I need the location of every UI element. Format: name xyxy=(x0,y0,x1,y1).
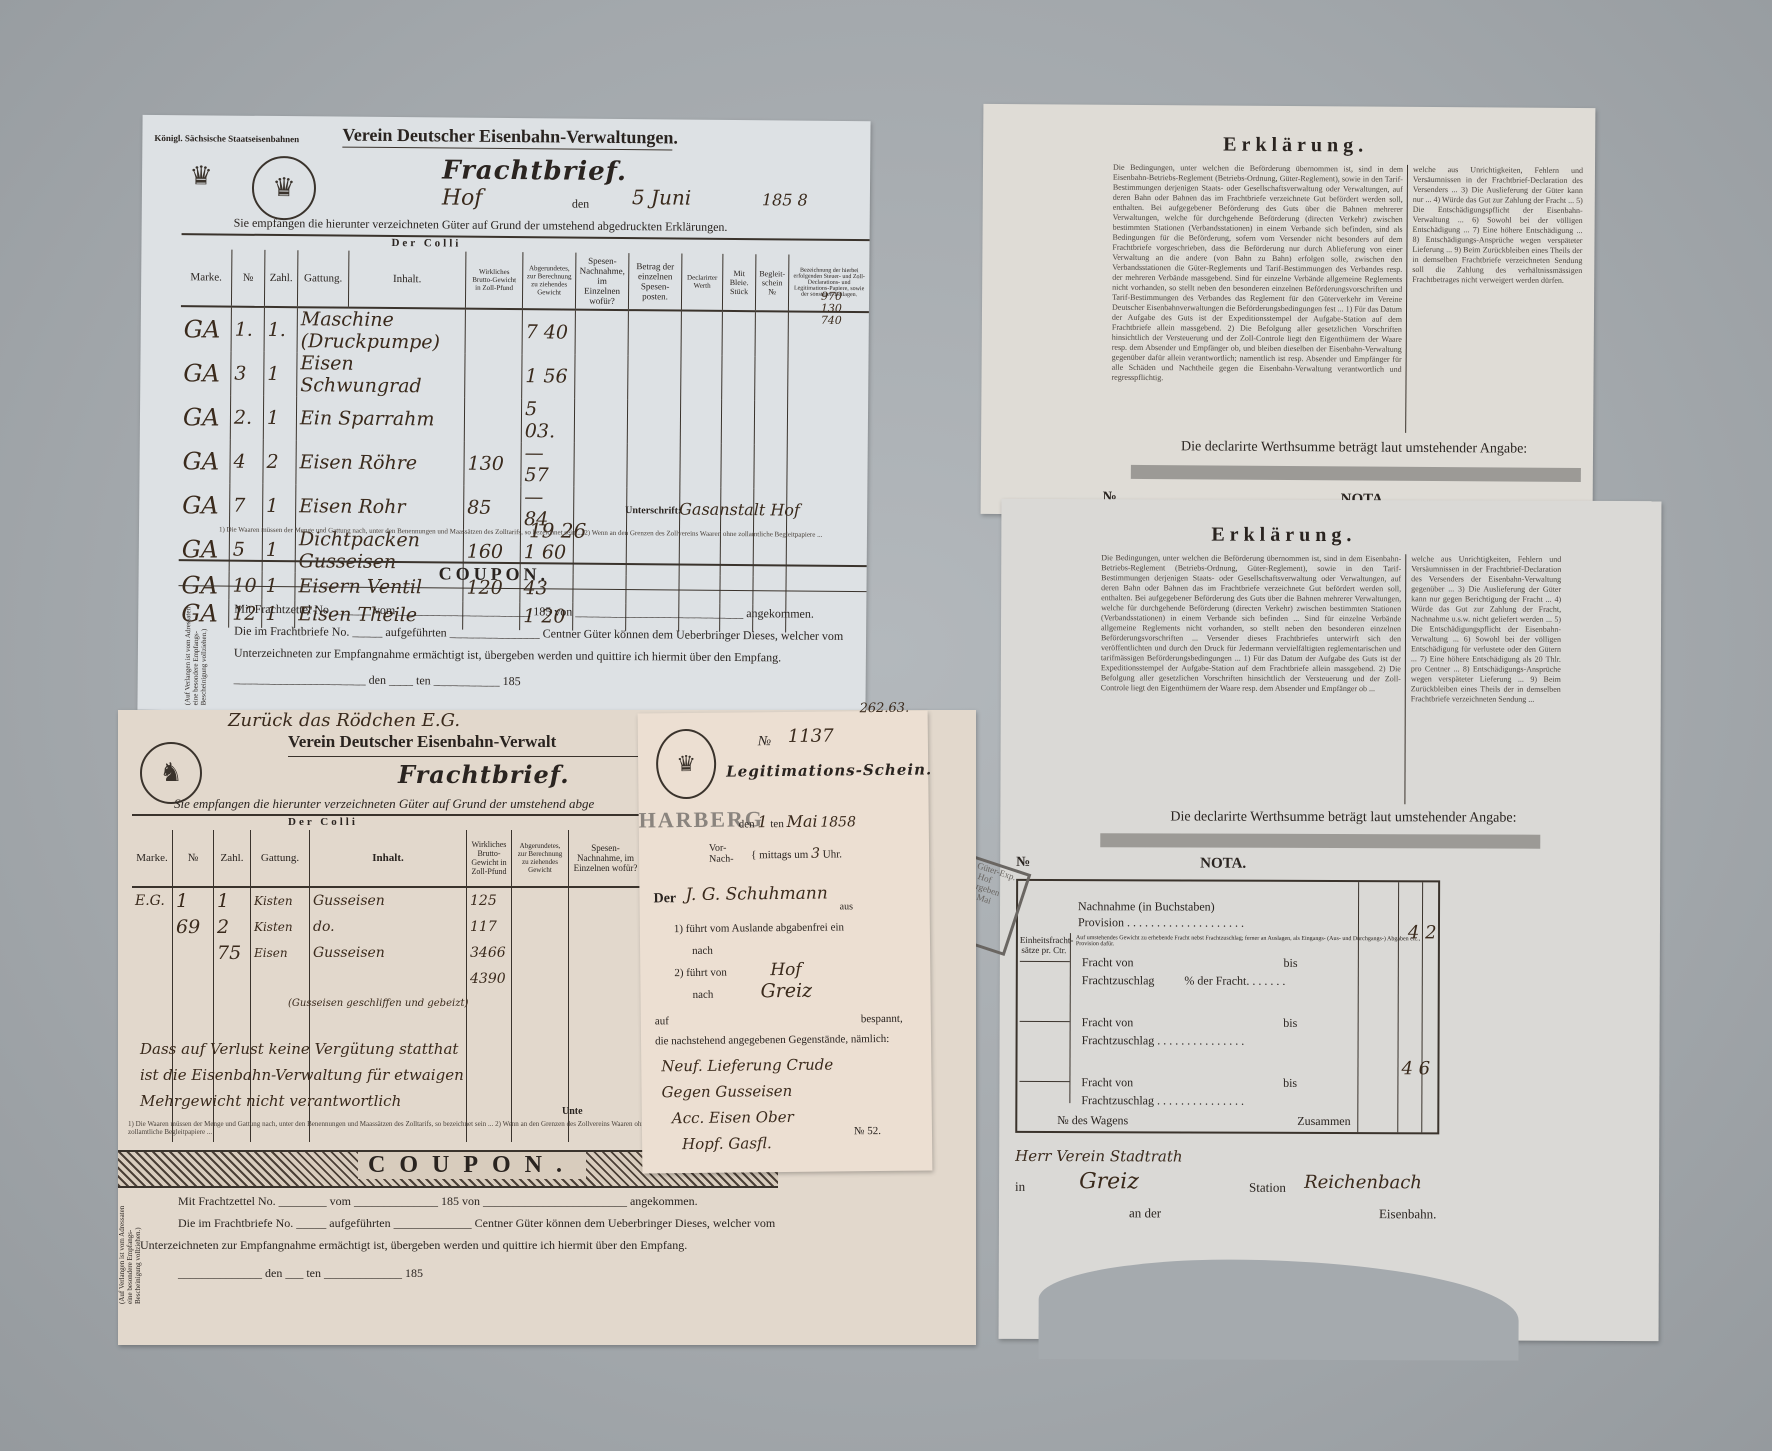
person-name: J. G. Schuhmann xyxy=(685,884,827,905)
provision-label: Provision . . . . . . . . . . . . . . . … xyxy=(1078,915,1244,931)
erklaerung-nota-sheet: Erklärung. Die Bedingungen, unter welche… xyxy=(999,499,1662,1341)
an-der-label: an der xyxy=(1129,1205,1161,1221)
col-begleitschein: Begleit-schein № xyxy=(755,254,788,311)
table-row: 4390 xyxy=(132,966,642,992)
coupon-line-4: ______________________ den ____ ten ____… xyxy=(234,672,521,690)
col-werth: Declarirter Werth xyxy=(681,254,722,311)
nachnahme-label: Nachnahme (in Buchstaben) xyxy=(1078,899,1215,914)
person-from: aus xyxy=(840,901,853,912)
amount-2: 4 6 xyxy=(1401,1058,1430,1079)
association-title: Verein Deutscher Eisenbahn-Verwalt xyxy=(288,732,556,752)
signature-label: Unte xyxy=(562,1106,583,1117)
nota-box: Nachnahme (in Buchstaben) Provision . . … xyxy=(1015,879,1440,1134)
date-prefix: den xyxy=(572,197,589,212)
wagen-label: № des Wagens xyxy=(1057,1113,1128,1128)
fracht-row-2: Fracht vonbis xyxy=(1082,1015,1298,1031)
goods-intro: die nachstehend angegebenen Gegenstände,… xyxy=(655,1033,889,1047)
legitimations-schein: 262.63. ♛ № 1137 Legitimations-Schein. H… xyxy=(638,710,933,1173)
col-bleie: Mit Bleie. Stück xyxy=(722,254,755,311)
col-marke: Marke. xyxy=(181,249,232,306)
nota-note: Auf umstehendes Gewicht zu erhebende Fra… xyxy=(1076,935,1426,948)
coupon-title: COUPON. xyxy=(439,563,550,585)
coupon-line-2: Die im Frachtbriefe No. _____ aufgeführt… xyxy=(178,1216,775,1231)
erklaerung-text-right: welche aus Unrichtigkeiten, Fehlern und … xyxy=(1411,165,1583,434)
note-line: Dass auf Verlust keine Vergütung stattha… xyxy=(140,1040,458,1058)
fracht-row-3: Fracht vonbis xyxy=(1081,1075,1297,1091)
item-1-nach: nach xyxy=(692,945,713,957)
item-2-nach: nach xyxy=(692,989,713,1001)
frachtbrief-title: Frachtbrief. xyxy=(442,155,627,187)
signature-label: Unterschrift: xyxy=(625,505,681,516)
coupon-line-1: Mit Frachtzettel No. ________ vom ______… xyxy=(178,1194,698,1209)
col-betrag: Betrag der einzelnen Spesen-posten. xyxy=(628,253,681,310)
station-label: Station xyxy=(1249,1180,1286,1196)
table-row: 692Kistendo.117 xyxy=(132,914,642,940)
legitimation-title: Legitimations-Schein. xyxy=(726,760,932,780)
colli-header: Der Colli xyxy=(288,816,358,828)
goods-line: Neuf. Lieferung Crude xyxy=(661,1056,833,1076)
goods-line: Hopf. Gasfl. xyxy=(682,1134,772,1153)
declared-value-label: Die declarirte Werthsumme beträgt laut u… xyxy=(1170,809,1516,826)
nota-number-label: № xyxy=(1016,855,1030,871)
royal-monogram-seal-icon: ♛ xyxy=(656,729,717,800)
horse-seal-icon: ♞ xyxy=(140,742,202,804)
table-row: GA1.1.Maschine (Druckpumpe)7 40 xyxy=(181,306,869,357)
coupon-line-4: ______________ den ___ ten _____________… xyxy=(178,1266,423,1281)
bespannt-label: bespannt, xyxy=(861,1013,903,1025)
col-gewicht: Abgerundetes, zur Berechnung zu ziehende… xyxy=(512,830,569,887)
coupon-line-3: Unterzeichneten zur Empfangnahme ermächt… xyxy=(140,1238,687,1253)
item-1: 1) führt vom Auslande abgabenfrei ein xyxy=(674,921,844,935)
col-gattung: Gattung. xyxy=(297,250,348,307)
coupon-side-note: (Auf Verlangen ist vom Adressaten eine b… xyxy=(118,1194,134,1304)
col-brutto: Wirkliches Brutto-Gewicht in Zoll-Pfund xyxy=(467,830,512,887)
date-line: den 1 ten Mai 1858 xyxy=(739,811,856,831)
fracht-row-1: Fracht vonbis xyxy=(1082,955,1298,971)
document-number: 1137 xyxy=(788,725,834,746)
margin-notes: 970130740 xyxy=(821,291,842,327)
year-field: 185 8 xyxy=(762,190,808,209)
col-spesen: Spesen-Nachnahme, im Einzelnen wofür? xyxy=(569,830,643,887)
footnote: 1) Die Waaren müssen der Menge und Gattu… xyxy=(128,1120,648,1146)
nota-title: NOTA. xyxy=(1200,856,1246,873)
destination-city: Greiz xyxy=(1079,1169,1139,1194)
handwritten-header: Zurück das Rödchen E.G. xyxy=(228,710,460,731)
col-gattung: Gattung. xyxy=(251,830,310,887)
zusammen-label: Zusammen xyxy=(1297,1114,1350,1129)
intro-text: Sie empfangen die hierunter verzeichnete… xyxy=(174,796,594,812)
note-small: (Gusseisen geschliffen und gebeizt) xyxy=(288,998,468,1009)
col-nr: № xyxy=(231,250,264,307)
einheit-label: Einheitsfracht-sätze pr. Ctr. xyxy=(1020,935,1068,955)
item-2: 2) führt von xyxy=(674,967,727,980)
erklaerung-text-left: Die Bedingungen, unter welchen die Beför… xyxy=(1111,163,1403,433)
torn-edge xyxy=(1038,1259,1518,1361)
col-inhalt: Inhalt. xyxy=(310,830,467,887)
erklaerung-text-left: Die Bedingungen, unter welchen die Beför… xyxy=(1100,553,1401,804)
goods-line: Acc. Eisen Ober xyxy=(672,1108,794,1127)
note-line: Mehrgewicht nicht verantwortlich xyxy=(140,1092,401,1110)
zuschlag-row-1: Frachtzuschlag% der Fracht. . . . . . . xyxy=(1082,973,1286,989)
col-zahl: Zahl. xyxy=(264,250,297,307)
bavarian-crown-seal-icon: ♛ xyxy=(252,156,317,221)
frachtbrief-title: Frachtbrief. xyxy=(398,760,570,789)
eisenbahn-label: Eisenbahn. xyxy=(1379,1206,1436,1222)
note-line: ist die Eisenbahn-Verwaltung für etwaige… xyxy=(140,1066,464,1084)
footnote: 1) Die Waaren müssen der Menge und Gattu… xyxy=(219,526,859,562)
col-zahl: Zahl. xyxy=(214,830,251,887)
footer-number: № 52. xyxy=(854,1125,881,1137)
col-nr: № xyxy=(173,830,214,887)
date-field: 5 Juni xyxy=(632,185,691,210)
time-line: { mittags um 3 Uhr. xyxy=(751,845,842,862)
amount-1: 4 2 xyxy=(1408,922,1437,943)
intro-text: Sie empfangen die hierunter verzeichnete… xyxy=(234,216,728,235)
erklaerung-title: Erklärung. xyxy=(1223,134,1368,158)
coupon-title: COUPON. xyxy=(358,1152,586,1179)
number-label: № xyxy=(758,734,771,750)
station-name: Reichenbach xyxy=(1304,1172,1422,1193)
person-prefix: Der xyxy=(653,891,676,907)
col-inhalt: Inhalt. xyxy=(348,251,465,309)
erklaerung-title: Erklärung. xyxy=(1211,524,1356,548)
saxon-seal-label: Königl. Sächsische Staatseisenbahnen xyxy=(154,133,299,144)
table-row: GA31Eisen Schwungrad1 56 xyxy=(180,351,868,401)
table-row: GA42Eisen Röhre130— 57 xyxy=(179,439,867,489)
in-label: in xyxy=(1015,1179,1025,1195)
signature: Gasanstalt Hof xyxy=(679,500,800,520)
col-marke: Marke. xyxy=(132,830,173,887)
table-row: 75EisenGusseisen3466 xyxy=(132,940,642,966)
auf-label: auf xyxy=(655,1015,669,1027)
corner-number: 262.63. xyxy=(859,701,909,717)
frachtbrief-hof: ♛ Königl. Sächsische Staatseisenbahnen ♛… xyxy=(137,115,870,716)
zuschlag-row-2: Frachtzuschlag . . . . . . . . . . . . .… xyxy=(1082,1033,1245,1049)
erklaerung-text-right: welche aus Unrichtigkeiten, Fehlern und … xyxy=(1410,554,1561,805)
value-band xyxy=(1100,833,1540,849)
declared-value-label: Die declarirte Werthsumme beträgt laut u… xyxy=(1181,439,1527,457)
goods-line: Gegen Gusseisen xyxy=(661,1082,792,1101)
table-row: GA2.1Ein Sparrahm5 03. xyxy=(180,395,868,445)
place-field: Hof xyxy=(442,185,483,210)
zuschlag-row-3: Frachtzuschlag . . . . . . . . . . . . .… xyxy=(1081,1093,1244,1109)
col-brutto: Wirkliches Brutto-Gewicht in Zoll-Pfund xyxy=(465,252,522,309)
addressee-line: Herr Verein Stadtrath xyxy=(1015,1147,1182,1166)
item-2-to: Greiz xyxy=(760,980,812,1003)
table-row: E.G.11KistenGusseisen125 xyxy=(132,887,642,914)
col-gewicht: Abgerundetes, zur Berechnung zu ziehende… xyxy=(522,252,575,309)
coupon-side-note: (Auf Verlangen ist vom Adressaten eine b… xyxy=(183,595,200,705)
association-title: Verein Deutscher Eisenbahn-Verwaltungen. xyxy=(342,125,678,149)
saxon-coat-of-arms-icon: ♛ xyxy=(170,145,233,208)
erklaerung-sheet-top: Erklärung. Die Bedingungen, unter welche… xyxy=(981,104,1596,518)
item-2-from: Hof xyxy=(770,960,802,980)
col-spesen: Spesen-Nachnahme, im Einzelnen wofür? xyxy=(575,253,628,310)
coupon-line-3: Unterzeichneten zur Empfangnahme ermächt… xyxy=(234,646,781,666)
value-band xyxy=(1131,465,1581,482)
colli-header: Der Colli xyxy=(391,237,461,250)
time-prefix: Vor-Nach- xyxy=(709,843,734,865)
